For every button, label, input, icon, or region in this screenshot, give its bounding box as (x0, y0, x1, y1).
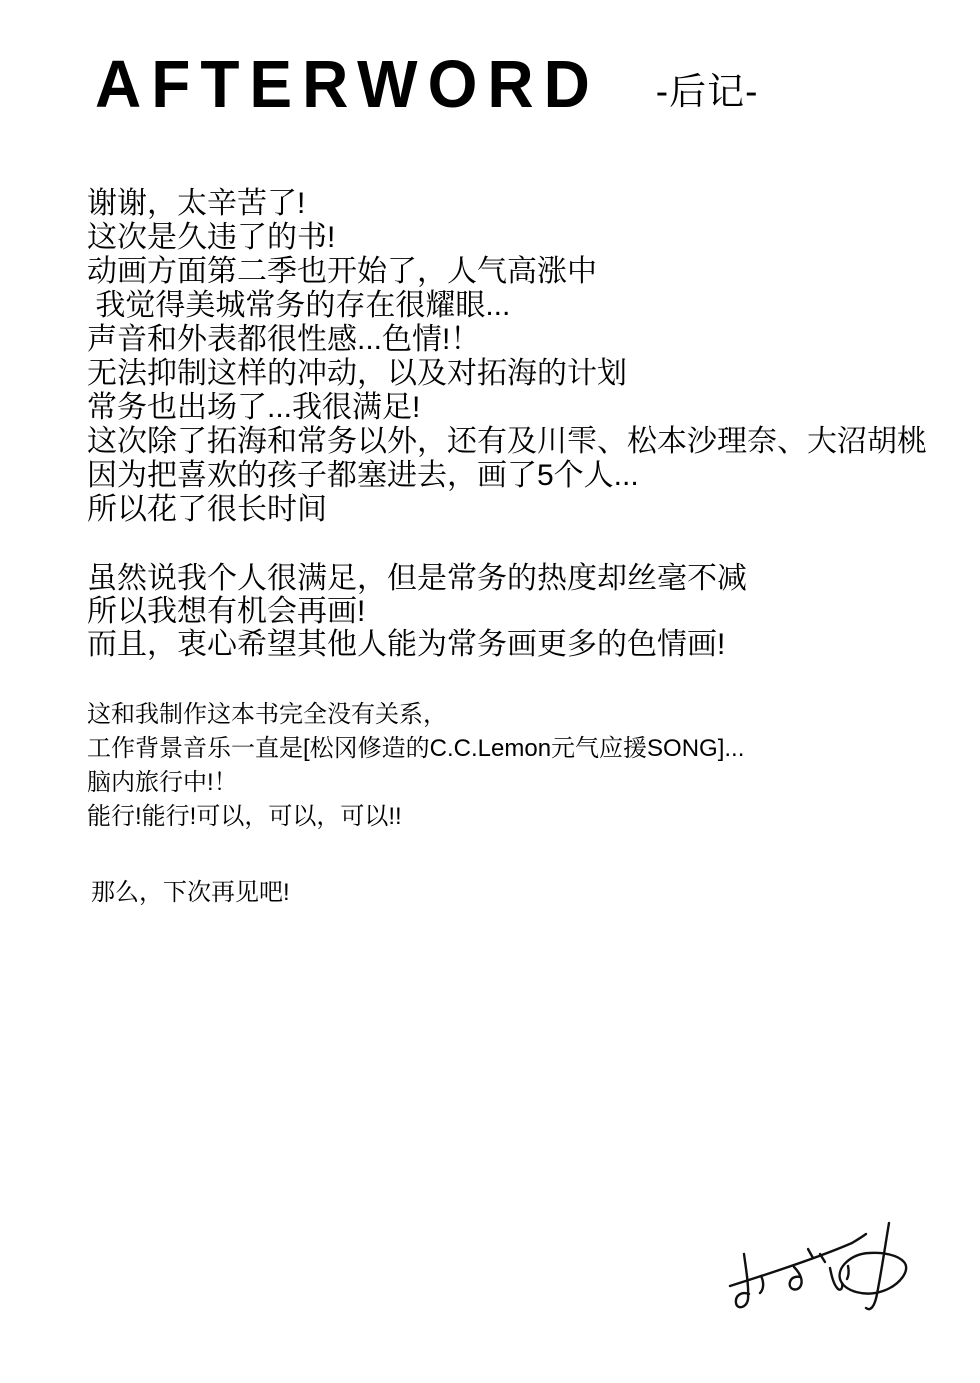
text-line: 我觉得美城常务的存在很耀眼... (87, 289, 927, 323)
text-line: 这次是久违了的书! (87, 221, 927, 255)
signature-yu-slash-stroke (866, 1223, 889, 1309)
text-line: 这次除了拓海和常务以外，还有及川雫、松本沙理奈、大沼胡桃 (87, 425, 927, 459)
title-row: AFTERWORD -后记- (95, 52, 758, 116)
page-title: AFTERWORD (95, 51, 600, 118)
page-subtitle: -后记- (656, 53, 759, 115)
paragraph-bgm: 这和我制作这本书完全没有关系， 工作背景音乐一直是[松冈修造的C.C.Lemon… (87, 698, 744, 834)
signature-bu-body-stroke (790, 1267, 802, 1289)
signature-i-right-stroke (847, 1266, 849, 1279)
artist-signature-handwriting (720, 1213, 910, 1325)
text-line: 这和我制作这本书完全没有关系， (87, 698, 744, 732)
text-line: 常务也出场了...我很满足! (87, 391, 927, 425)
text-line: 所以我想有机会再画! (87, 595, 747, 628)
signature-o-tick-stroke (760, 1276, 763, 1293)
text-line: 动画方面第二季也开始了，人气高涨中 (87, 255, 927, 289)
signature-sweep-stroke (730, 1234, 866, 1286)
signature-o-stroke (736, 1254, 749, 1307)
text-line: 虽然说我个人很满足，但是常务的热度却丝毫不减 (87, 562, 747, 595)
closing-line: 那么，下次再见吧! (91, 872, 290, 907)
text-line: 脑内旅行中!！ (87, 766, 744, 800)
afterword-page: AFTERWORD -后记- 谢谢，太辛苦了! 这次是久违了的书! 动画方面第二… (0, 0, 980, 1383)
text-line: 因为把喜欢的孩子都塞进去，画了5个人... (87, 459, 927, 493)
paragraph-main: 谢谢，太辛苦了! 这次是久违了的书! 动画方面第二季也开始了，人气高涨中 我觉得… (87, 187, 927, 527)
text-line: 无法抑制这样的冲动，以及对拓海的计划 (87, 357, 927, 391)
text-line: 而且，衷心希望其他人能为常务画更多的色情画! (87, 628, 747, 661)
text-line: 能行!能行!可以，可以，可以!! (87, 800, 744, 834)
paragraph-wish: 虽然说我个人很满足，但是常务的热度却丝毫不减 所以我想有机会再画! 而且，衷心希… (87, 562, 747, 661)
text-line: 谢谢，太辛苦了! (87, 187, 927, 221)
signature-bu-dot1-stroke (808, 1249, 813, 1258)
text-line: 所以花了很长时间 (87, 493, 927, 527)
text-line: 声音和外表都很性感...色情!！ (87, 323, 927, 357)
text-line: 工作背景音乐一直是[松冈修造的C.C.Lemon元气应援SONG]... (87, 732, 744, 766)
